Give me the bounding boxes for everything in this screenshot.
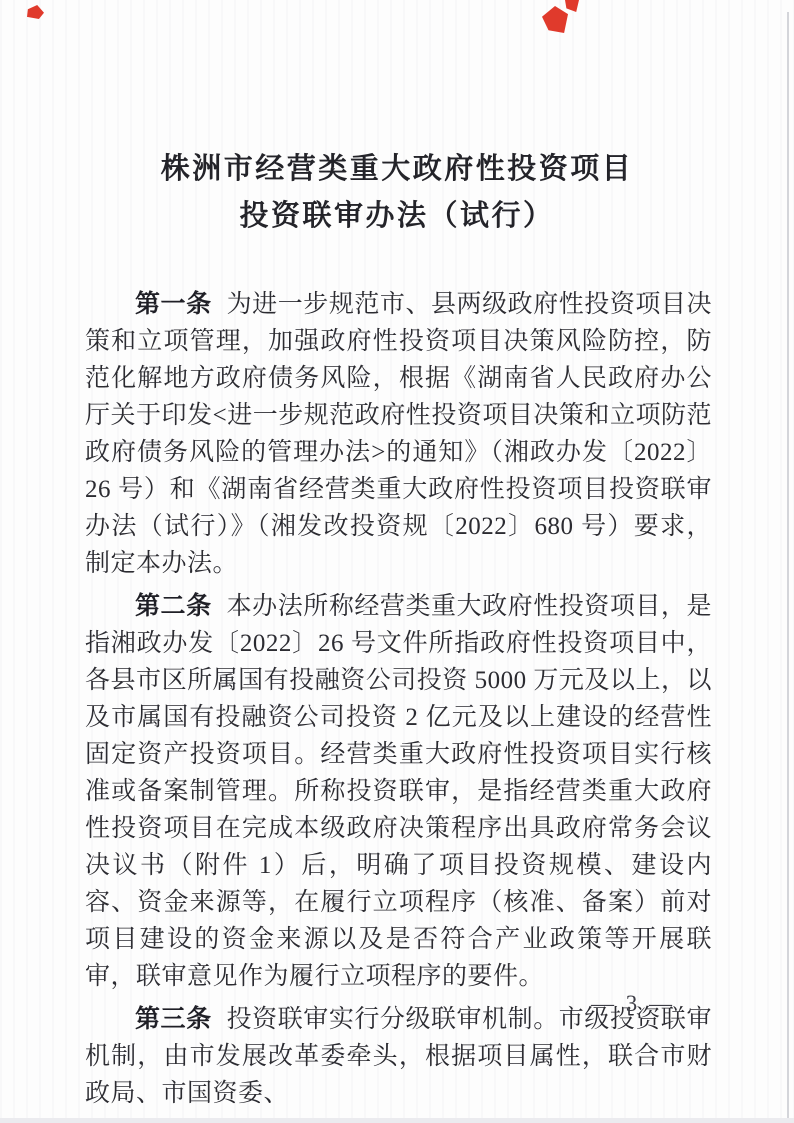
page-right-edge-line <box>787 12 789 1123</box>
article-2-text: 本办法所称经营类重大政府性投资项目，是指湘政办发〔2022〕26 号文件所指政府… <box>85 593 712 990</box>
document-body: 第一条为进一步规范市、县两级政府性投资项目决策和立项管理，加强政府性投资项目决策… <box>0 286 794 1112</box>
article-2-number: 第二条 <box>135 593 212 620</box>
article-1-number: 第一条 <box>135 291 212 318</box>
document-title-line-1: 株洲市经营类重大政府性投资项目 <box>0 146 794 193</box>
article-3-number: 第三条 <box>135 1006 212 1033</box>
article-1: 第一条为进一步规范市、县两级政府性投资项目决策和立项管理，加强政府性投资项目决策… <box>85 286 712 582</box>
page-number: — 3 — <box>591 991 675 1017</box>
article-2: 第二条本办法所称经营类重大政府性投资项目，是指湘政办发〔2022〕26 号文件所… <box>85 588 712 995</box>
page-bottom-edge-line <box>0 1118 794 1123</box>
document-title: 株洲市经营类重大政府性投资项目 投资联审办法（试行） <box>0 0 794 240</box>
article-1-text: 为进一步规范市、县两级政府性投资项目决策和立项管理，加强政府性投资项目决策风险防… <box>85 291 712 577</box>
document-title-line-2: 投资联审办法（试行） <box>0 193 794 240</box>
article-3: 第三条投资联审实行分级联审机制。市级投资联审机制，由市发展改革委牵头，根据项目属… <box>85 1001 712 1112</box>
document-page: 株洲市经营类重大政府性投资项目 投资联审办法（试行） 第一条为进一步规范市、县两… <box>0 0 794 1123</box>
